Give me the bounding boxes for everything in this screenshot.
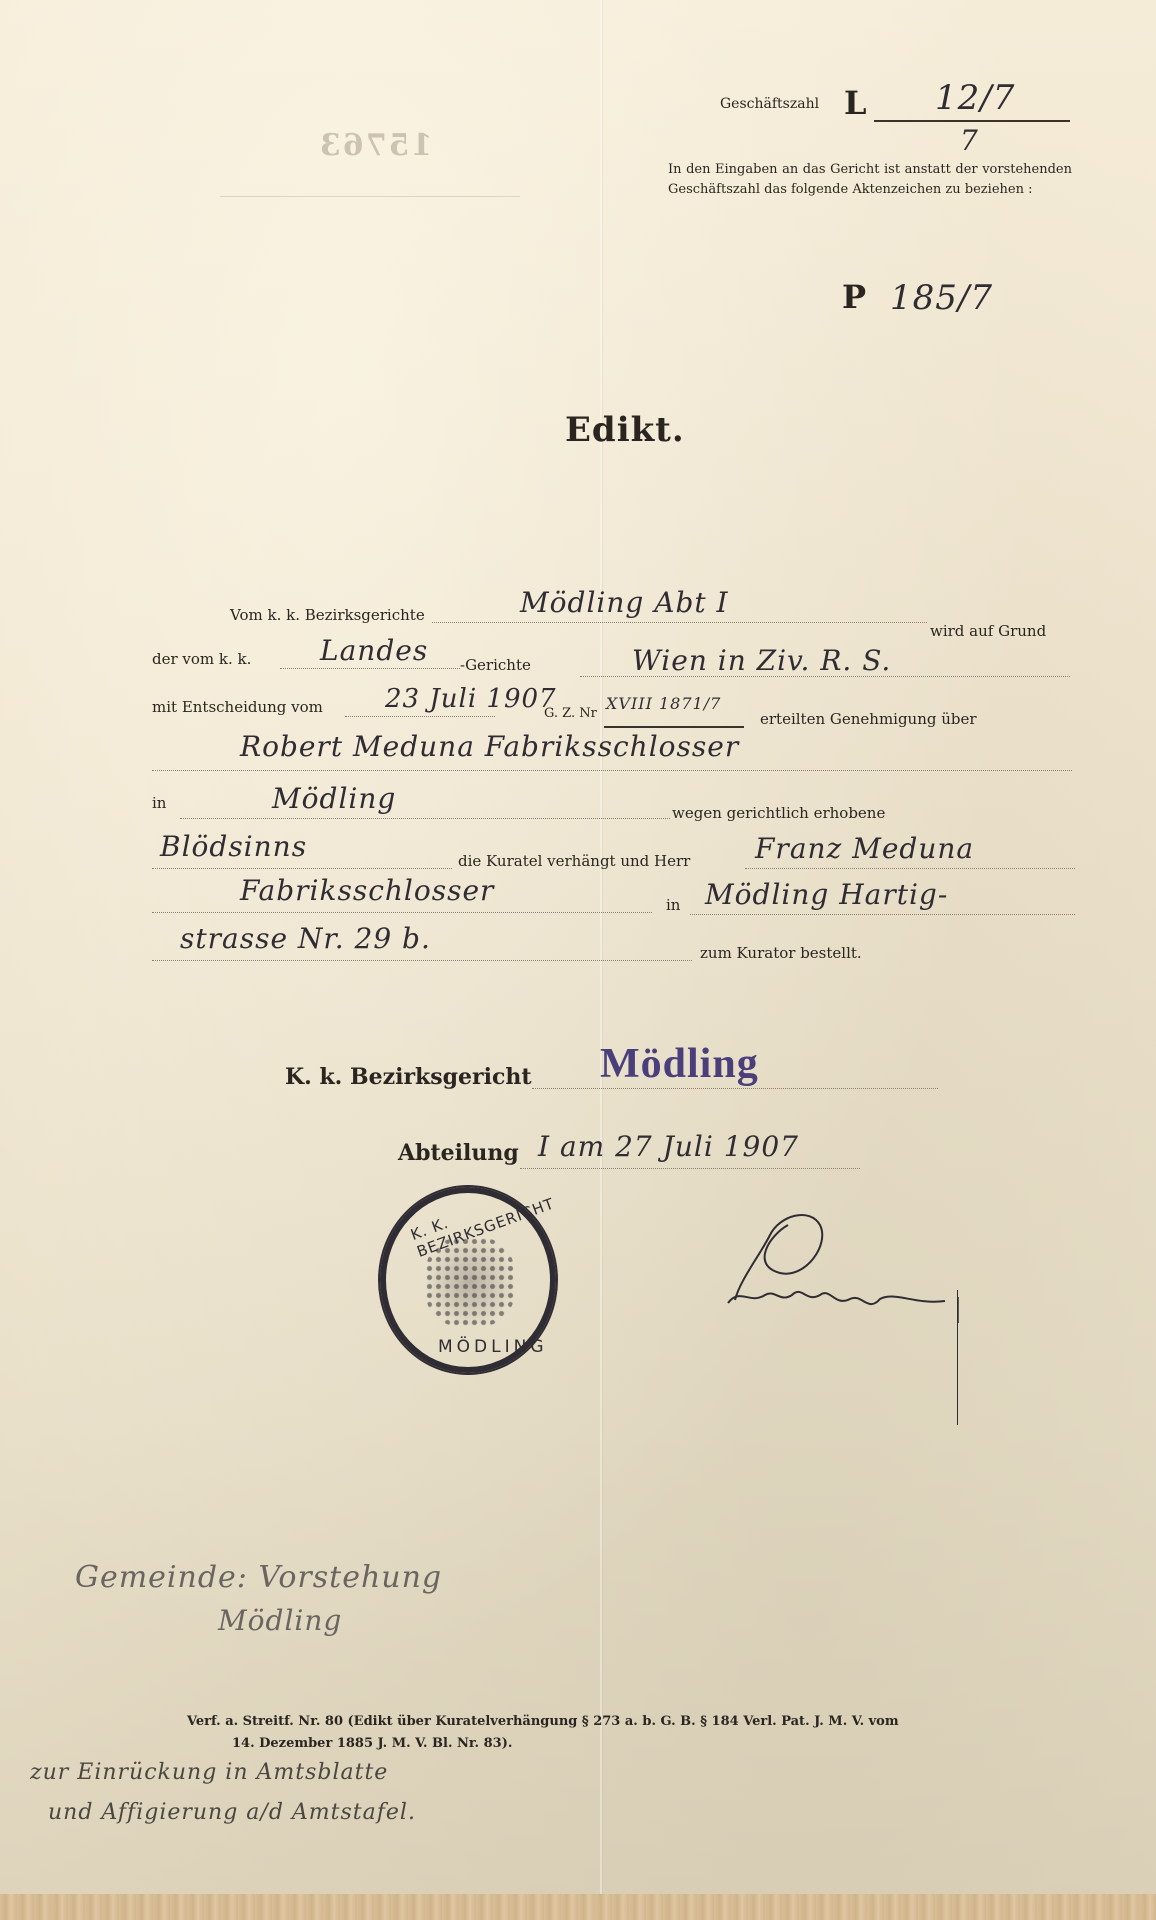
- line7-handwritten-2: Mödling Hartig-: [705, 878, 948, 911]
- line3-printed-end: erteilten Genehmigung über: [760, 710, 977, 728]
- line5-handwritten: Mödling: [272, 782, 396, 815]
- geschaeftszahl-line: [874, 120, 1070, 122]
- pencil-note-2-line1: zur Einrückung in Amtsblatte: [30, 1760, 388, 1785]
- fold-crease: [600, 0, 602, 1906]
- line5-printed-start: in: [152, 794, 166, 812]
- geschaeftszahl-value: 12/7: [935, 78, 1015, 118]
- pencil-note-2-line2: und Affigierung a/d Amtstafel.: [48, 1800, 416, 1825]
- line2-printed-start: der vom k. k.: [152, 650, 251, 668]
- line1-handwritten: Mödling Abt I: [520, 586, 729, 619]
- line3-handwritten-nr: XVIII 1871/7: [606, 694, 721, 713]
- line6-fill-2: [745, 868, 1075, 869]
- line8-printed-end: zum Kurator bestellt.: [700, 944, 862, 962]
- court-label: K. k. Bezirksgericht: [285, 1064, 532, 1090]
- line1-fill: [432, 622, 927, 623]
- bleed-through-number: 15763: [318, 128, 432, 163]
- line2-handwritten-2: Wien in Ziv. R. S.: [632, 644, 891, 677]
- double-eagle-emblem-icon: [425, 1237, 515, 1327]
- line6-handwritten-2: Franz Meduna: [755, 832, 974, 865]
- line3-handwritten-date: 23 Juli 1907: [385, 684, 557, 714]
- instruction-text: In den Eingaben an das Gericht ist ansta…: [668, 160, 1072, 200]
- line3-printed-mid: G. Z. Nr: [544, 706, 597, 721]
- geschaeftszahl-prefix: L: [844, 84, 867, 122]
- line7-printed-mid: in: [666, 896, 680, 914]
- line6-handwritten-1: Blödsinns: [160, 830, 307, 863]
- line4-handwritten: Robert Meduna Fabriksschlosser: [240, 730, 739, 763]
- pencil-note-1-line2: Mödling: [218, 1604, 342, 1637]
- line2-fill-1: [280, 668, 460, 669]
- footer-form-ref-line1: Verf. a. Streitf. Nr. 80 (Edikt über Kur…: [187, 1712, 899, 1732]
- line4-fill: [152, 770, 1072, 771]
- line2-printed-mid: -Gerichte: [460, 656, 531, 674]
- line7-fill-2: [690, 914, 1075, 915]
- pencil-note-1-line1: Gemeinde: Vorstehung: [75, 1560, 442, 1595]
- line6-printed-mid: die Kuratel verhängt und Herr: [458, 852, 690, 870]
- court-seal: K. K. BEZIRKSGERICHT MÖDLING: [378, 1185, 558, 1375]
- seal-bottom-text: MÖDLING: [438, 1337, 548, 1357]
- line3-fill-1: [345, 716, 495, 717]
- document-title: Edikt.: [565, 410, 685, 450]
- aktenzeichen-prefix: P: [842, 278, 866, 316]
- line3-nr-line: [604, 726, 744, 728]
- line1-printed-end: wird auf Grund: [930, 622, 1046, 640]
- aktenzeichen-value: 185/7: [890, 278, 993, 318]
- wood-surface: [0, 1894, 1156, 1920]
- court-stamp-name: Mödling: [600, 1040, 759, 1088]
- geschaeftszahl-sub: 7: [960, 124, 979, 157]
- abteilung-handwritten: I am 27 Juli 1907: [538, 1130, 799, 1163]
- footer-form-ref-line2: 14. Dezember 1885 J. M. V. Bl. Nr. 83).: [232, 1734, 512, 1754]
- line1-printed-start: Vom k. k. Bezirksgerichte: [230, 606, 425, 624]
- line8-fill: [152, 960, 692, 961]
- bleed-through-line: [220, 196, 520, 197]
- line2-handwritten-1: Landes: [320, 634, 428, 667]
- signature: [710, 1195, 970, 1325]
- abteilung-label: Abteilung: [398, 1140, 519, 1166]
- line5-fill: [180, 818, 670, 819]
- signature-vertical-stroke: [957, 1290, 958, 1425]
- line6-fill-1: [152, 868, 452, 869]
- line7-fill-1: [152, 912, 652, 913]
- line5-printed-end: wegen gerichtlich erhobene: [672, 804, 885, 822]
- line3-printed-start: mit Entscheidung vom: [152, 698, 323, 716]
- abteilung-line: [520, 1168, 860, 1169]
- geschaeftszahl-label: Geschäftszahl: [720, 96, 819, 112]
- line8-handwritten: strasse Nr. 29 b.: [180, 922, 431, 955]
- court-name-line: [532, 1088, 938, 1089]
- line7-handwritten-1: Fabriksschlosser: [240, 874, 494, 907]
